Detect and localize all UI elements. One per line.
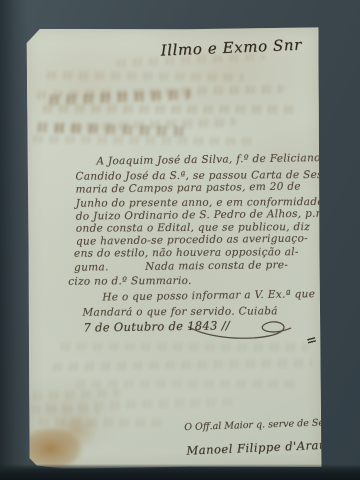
ink-bleedthrough xyxy=(31,389,121,401)
letter-line: He o que posso informar a V. Ex.ª que xyxy=(102,288,315,304)
ink-bleedthrough xyxy=(41,105,296,113)
ink-mark xyxy=(307,337,316,344)
photo-background: Illmo e Exmo Snr A Joaquim José da Silva… xyxy=(0,0,360,480)
background-bottom-shadow xyxy=(0,464,360,480)
ink-bleedthrough xyxy=(59,343,309,351)
letter-line: cizo no d.º Summario. xyxy=(68,275,192,288)
ink-bleedthrough xyxy=(74,380,299,388)
letter-salutation: Illmo e Exmo Snr xyxy=(160,38,302,59)
letter-line: guma. Nada mais consta de pre- xyxy=(74,259,288,274)
ink-bleedthrough xyxy=(51,359,313,371)
letter-line: maria de Campos para pastos, em 20 de xyxy=(76,181,301,197)
letter-closing: O Off.al Maior q. serve de Secret.º xyxy=(184,418,351,433)
letter-line: ens do estilo, não houvera opposição al- xyxy=(74,246,299,260)
ink-bleedthrough xyxy=(31,135,256,145)
letter-signature: Manoel Filippe d'Araujo xyxy=(186,439,338,457)
letter-line: A Joaquim José da Silva, f.º de Felician… xyxy=(96,152,324,168)
manuscript-page: Illmo e Exmo Snr A Joaquim José da Silva… xyxy=(26,27,321,469)
ink-bleedthrough xyxy=(45,71,245,81)
background-left-shadow xyxy=(0,0,28,480)
